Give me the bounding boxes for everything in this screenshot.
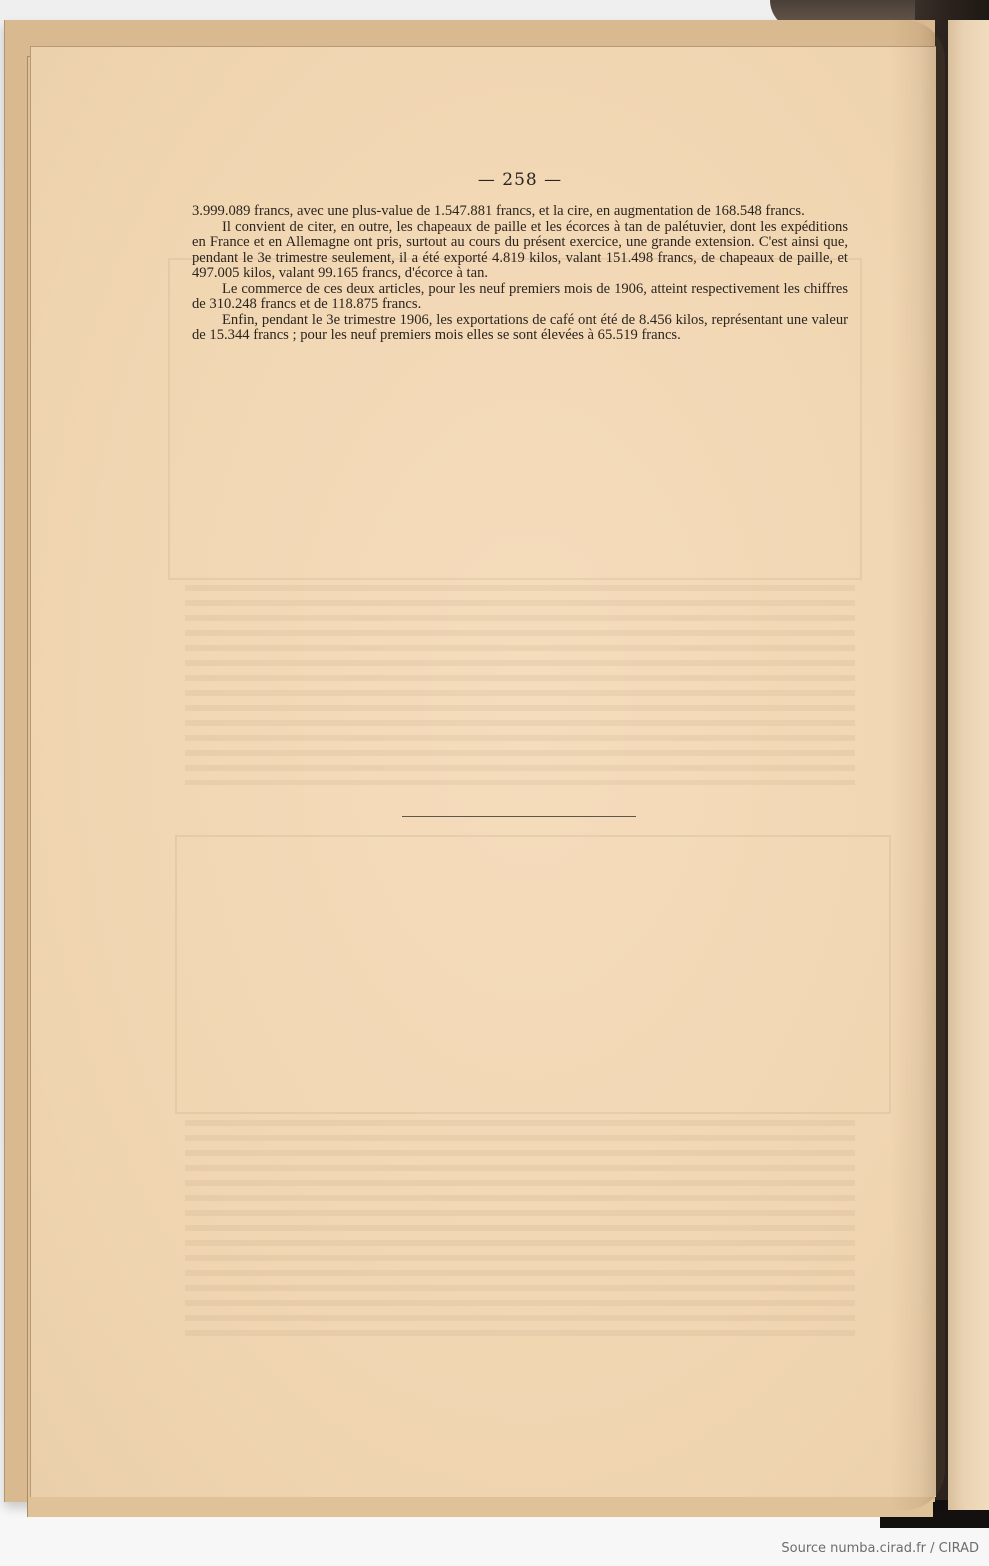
page-number: — 258 — [0,170,989,190]
bleed-through-text-middle [185,585,855,785]
body-text: 3.999.089 francs, avec une plus-value de… [192,204,848,344]
paragraph-1: 3.999.089 francs, avec une plus-value de… [192,204,848,220]
paragraph-4: Enfin, pendant le 3e trimestre 1906, les… [192,313,848,344]
bleed-through-table-bottom [175,835,891,1114]
bleed-through-text-bottom [185,1120,855,1340]
scan-scene: — 258 — 3.999.089 francs, avec une plus-… [0,0,989,1566]
page-gutter-shadow [890,20,945,1510]
paragraph-2: Il convient de citer, en outre, les chap… [192,220,848,282]
facing-page-edge [948,20,989,1510]
paragraph-3: Le commerce de ces deux articles, pour l… [192,282,848,313]
source-credit: Source numba.cirad.fr / CIRAD [781,1541,979,1556]
section-divider [402,816,636,817]
